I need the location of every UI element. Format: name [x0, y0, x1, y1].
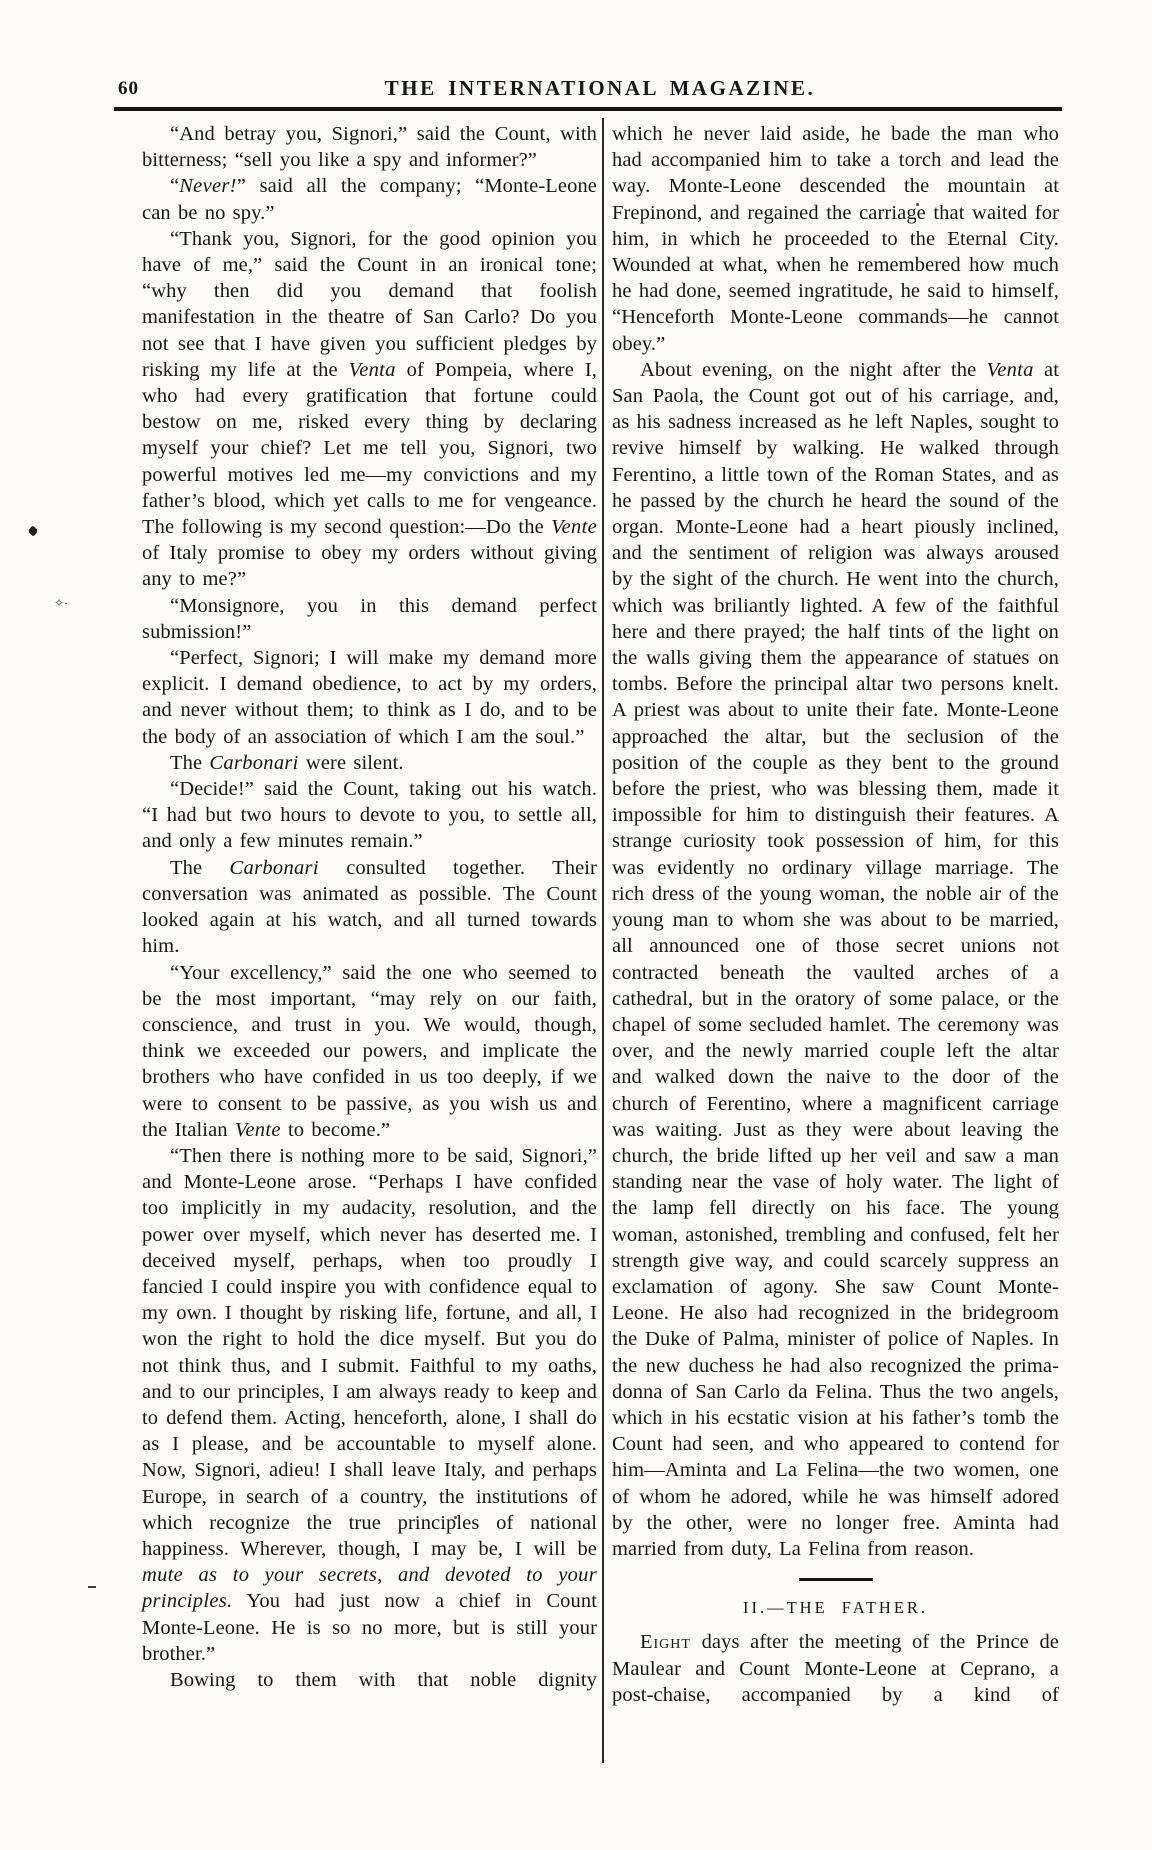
text-segment: The [170, 857, 230, 879]
text-segment: Never! [179, 175, 237, 197]
text-segment: “And betray you, Signori,” said the Coun… [142, 123, 597, 171]
paragraph: Eight days after the meeting of the Prin… [612, 1629, 1059, 1708]
ink-speck [27, 525, 38, 536]
ink-speck: ✧· [54, 597, 68, 609]
paragraph: Bowing to them with that noble dignity [142, 1667, 597, 1693]
text-segment: About evening, on the night after the [640, 359, 987, 381]
text-segment: of Italy promise to obey my orders witho… [142, 542, 597, 590]
page-number: 60 [118, 78, 139, 100]
text-segment: of Pompeia, where I, who had every grati… [142, 359, 597, 538]
header-rule [114, 107, 1062, 111]
text-segment: which he never laid aside, he bade the m… [612, 123, 1059, 355]
text-segment: “Monsignore, you in this demand perfect … [142, 595, 597, 643]
paragraph: “Monsignore, you in this demand perfect … [142, 593, 597, 645]
masthead-title: THE INTERNATIONAL MAGAZINE. [140, 76, 1060, 101]
text-segment: Carbonari [230, 857, 319, 879]
paragraph: “Your excellency,” said the one who seem… [142, 960, 597, 1143]
ink-speck [88, 1586, 96, 1588]
text-segment: Eight [640, 1631, 691, 1653]
section-divider-rule [799, 1578, 873, 1581]
paragraph: “And betray you, Signori,” said the Coun… [142, 121, 597, 173]
text-segment: Bowing to them with that noble dignity [170, 1669, 597, 1691]
text-segment: “Perfect, Signori; I will make my demand… [142, 647, 597, 748]
text-segment: Vente [551, 516, 597, 538]
paragraph: “Never!” said all the company; “Monte-Le… [142, 173, 597, 225]
text-segment: Venta [987, 359, 1034, 381]
text-segment: Venta [349, 359, 396, 381]
column-divider-rule [602, 118, 604, 1763]
text-segment: “Your excellency,” said the one who seem… [142, 962, 597, 1141]
paragraph: “Perfect, Signori; I will make my demand… [142, 645, 597, 750]
text-segment: Carbonari [209, 752, 298, 774]
text-segment: to become.” [281, 1119, 390, 1141]
section-heading: II.—THE FATHER. [612, 1595, 1059, 1621]
text-segment: “Decide!” said the Count, taking out his… [142, 778, 597, 852]
text-segment: The [170, 752, 209, 774]
ink-speck [454, 1516, 457, 1519]
ink-speck [916, 203, 919, 206]
column-right: which he never laid aside, he bade the m… [612, 121, 1059, 1708]
paragraph: “Thank you, Signori, for the good opinio… [142, 226, 597, 593]
paragraph: which he never laid aside, he bade the m… [612, 121, 1059, 357]
paragraph: The Carbonari consulted together. Their … [142, 855, 597, 960]
paragraph: “Decide!” said the Count, taking out his… [142, 776, 597, 855]
paragraph: The Carbonari were silent. [142, 750, 597, 776]
paragraph: About evening, on the night after the Ve… [612, 357, 1059, 1562]
column-left: “And betray you, Signori,” said the Coun… [142, 121, 597, 1693]
text-segment: “Then there is nothing more to be said, … [142, 1145, 597, 1560]
text-segment: Vente [235, 1119, 281, 1141]
text-segment: at San Paola, the Count got out of his c… [612, 359, 1059, 1560]
paragraph: “Then there is nothing more to be said, … [142, 1143, 597, 1667]
text-segment: “ [170, 175, 179, 197]
text-segment: were silent. [299, 752, 404, 774]
